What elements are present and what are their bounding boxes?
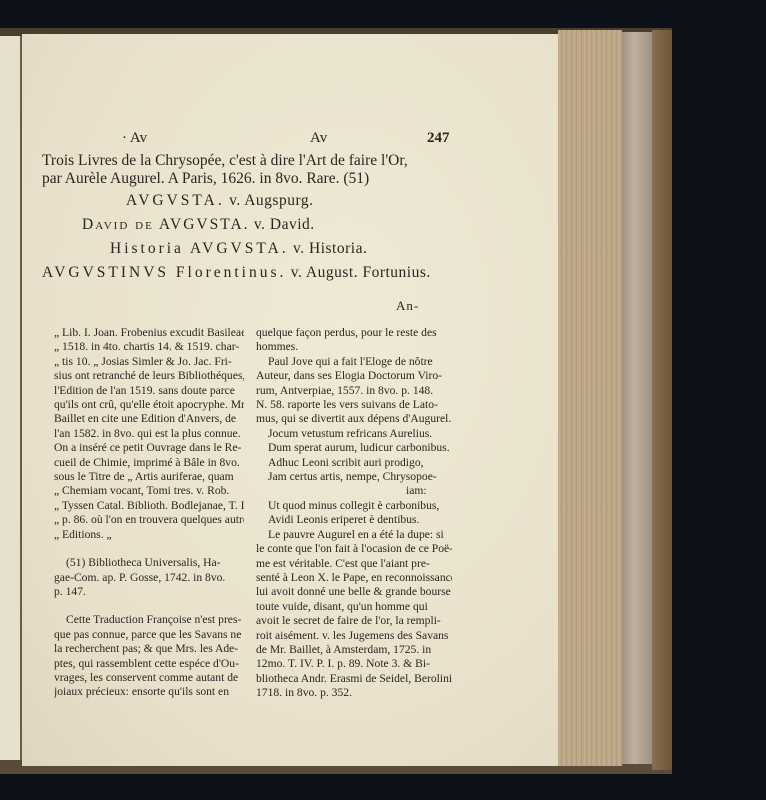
verse-line: Ut quod minus collegit è carbonibus, — [256, 499, 452, 513]
book-page: · Av Av 247 Trois Livres de la Chrysopée… — [22, 34, 558, 766]
text-line: l'Edition de l'an 1519. sans doute parce — [54, 384, 244, 398]
text-line: „ Editions. „ — [54, 528, 244, 542]
verse-line: Jam certus artis, nempe, Chrysopoe- — [256, 470, 452, 484]
verse-line: Jocum vetustum refricans Aurelius. — [256, 427, 452, 441]
text-line: rum, Antverpiae, 1557. in 8vo. p. 148. — [256, 384, 452, 398]
text-line: bliotheca Andr. Erasmi de Seidel, Beroli… — [256, 672, 452, 686]
text-line: Baillet en cite une Edition d'Anvers, de — [54, 412, 244, 426]
text-line: que pas connue, parce que les Savans ne — [54, 628, 244, 642]
cross-reference: AVGVSTINVS Florentinus. v. August. Fortu… — [42, 264, 431, 282]
title-entry: Trois Livres de la Chrysopée, c'est à di… — [42, 152, 472, 188]
verse-line: iam: — [256, 484, 452, 498]
text-line: „ p. 86. où l'on en trouvera quelques au… — [54, 513, 244, 527]
text-line: quelque façon perdus, pour le reste des — [256, 326, 452, 340]
text-line: le conte que l'on fait à l'ocasion de ce… — [256, 542, 452, 556]
text-line: „ tis 10. „ Josias Simler & Jo. Jac. Fri… — [54, 355, 244, 369]
text-line: toute vuide, disant, qu'un homme qui — [256, 600, 452, 614]
cross-reference: David de AVGVSTA. v. David. — [82, 216, 315, 234]
text-line: Le pauvre Augurel en a été la dupe: si — [256, 528, 452, 542]
page-edges — [558, 30, 622, 766]
text-line: N. 58. raporte les vers suivans de Lato- — [256, 398, 452, 412]
footnote-line: gae-Com. ap. P. Gosse, 1742. in 8vo. — [54, 571, 244, 585]
text-line: sius ont retranché de leurs Bibliothéque… — [54, 369, 244, 383]
title-line: par Aurèle Augurel. A Paris, 1626. in 8v… — [42, 170, 472, 188]
text-line: qu'ils ont crû, qu'elle étoit apocryphe.… — [54, 398, 244, 412]
running-head: · Av Av 247 — [22, 130, 558, 148]
text-line: On a inséré ce petit Ouvrage dans le Re- — [54, 441, 244, 455]
facing-page-edge — [0, 36, 22, 760]
text-line: la recherchent pas; & que Mrs. les Ade- — [54, 642, 244, 656]
text-line: roit aisément. v. les Jugemens des Savan… — [256, 629, 452, 643]
cross-reference: AVGVSTA. v. Augspurg. — [126, 192, 313, 210]
text-line: lui avoit donné une belle & grande bours… — [256, 585, 452, 599]
paragraph-gap — [54, 542, 244, 556]
text-line: de Mr. Baillet, à Amsterdam, 1725. in — [256, 643, 452, 657]
text-line: 12mo. T. IV. P. I. p. 89. Note 3. & Bi- — [256, 657, 452, 671]
text-line: hommes. — [256, 340, 452, 354]
verse-line: Dum sperat aurum, ludicur carbonibus. — [256, 441, 452, 455]
verse-line: Adhuc Leoni scribit auri prodigo, — [256, 456, 452, 470]
right-column: quelque façon perdus, pour le reste des … — [256, 326, 452, 701]
cross-reference: Historia AVGVSTA. v. Historia. — [110, 240, 367, 258]
left-column: „ Lib. I. Joan. Frobenius excudit Basile… — [54, 326, 244, 700]
text-line: „ 1518. in 4to. chartis 14. & 1519. char… — [54, 340, 244, 354]
footnote-line: (51) Bibliotheca Universalis, Ha- — [54, 556, 244, 570]
text-line: Cette Traduction Françoise n'est pres- — [54, 613, 244, 627]
text-line: Auteur, dans ses Elogia Doctorum Viro- — [256, 369, 452, 383]
catchword: An- — [396, 298, 419, 314]
text-line: cueil de Chimie, imprimé à Bâle in 8vo. — [54, 456, 244, 470]
page-number: 247 — [427, 130, 450, 147]
text-line: mus, qui se divertit aux dépens d'Augure… — [256, 412, 452, 426]
running-head-center: Av — [310, 130, 327, 147]
text-line: „ Lib. I. Joan. Frobenius excudit Basile… — [54, 326, 244, 340]
text-line: avoit le secret de faire de l'or, la rem… — [256, 614, 452, 628]
text-line: ptes, qui rassemblent cette espéce d'Ou- — [54, 657, 244, 671]
text-line: sous le Titre de „ Artis auriferae, quam — [54, 470, 244, 484]
book-board — [622, 32, 652, 764]
verse-line: Avidi Leonis eriperet è dentibus. — [256, 513, 452, 527]
running-head-left: · Av — [122, 130, 147, 147]
text-line: l'an 1582. in 8vo. qui est la plus connu… — [54, 427, 244, 441]
footnote-line: p. 147. — [54, 585, 244, 599]
title-line: Trois Livres de la Chrysopée, c'est à di… — [42, 152, 472, 170]
text-line: me est véritable. C'est que l'aiant pre- — [256, 557, 452, 571]
text-line: 1718. in 8vo. p. 352. — [256, 686, 452, 700]
text-line: joiaux précieux: ensorte qu'ils sont en — [54, 685, 244, 699]
text-line: vrages, les conservent comme autant de — [54, 671, 244, 685]
book-cover-edge — [652, 30, 672, 770]
text-line: senté à Leon X. le Pape, en reconnoissan… — [256, 571, 452, 585]
text-line: „ Tyssen Catal. Biblioth. Bodlejanae, T.… — [54, 499, 244, 513]
paragraph-gap — [54, 599, 244, 613]
text-line: „ Chemiam vocant, Tomi tres. v. Rob. — [54, 484, 244, 498]
text-line: Paul Jove qui a fait l'Eloge de nôtre — [256, 355, 452, 369]
